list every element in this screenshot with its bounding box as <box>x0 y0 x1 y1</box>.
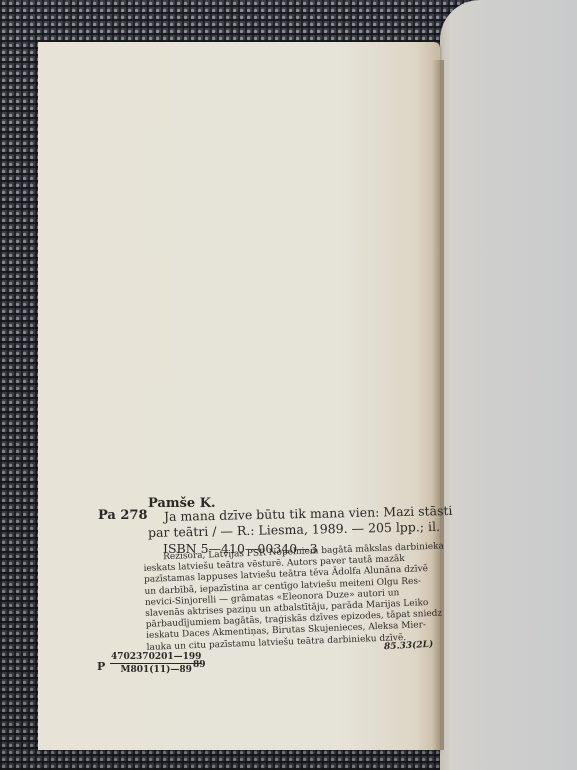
price-code-suffix: 89 <box>193 660 206 670</box>
annotation: Režisora, Latvijas PSR Nopelniem bagātā … <box>143 542 432 654</box>
price-code-denominator: M801(11)—89 <box>110 664 202 675</box>
call-number: Pa 278 <box>98 508 148 523</box>
book-gutter <box>432 60 444 750</box>
price-code-numerator: 4702370201—199 <box>110 652 202 664</box>
right-page <box>440 0 577 770</box>
price-code-letter: P <box>97 660 105 673</box>
price-code-fraction: 4702370201—199 M801(11)—89 <box>110 652 202 675</box>
